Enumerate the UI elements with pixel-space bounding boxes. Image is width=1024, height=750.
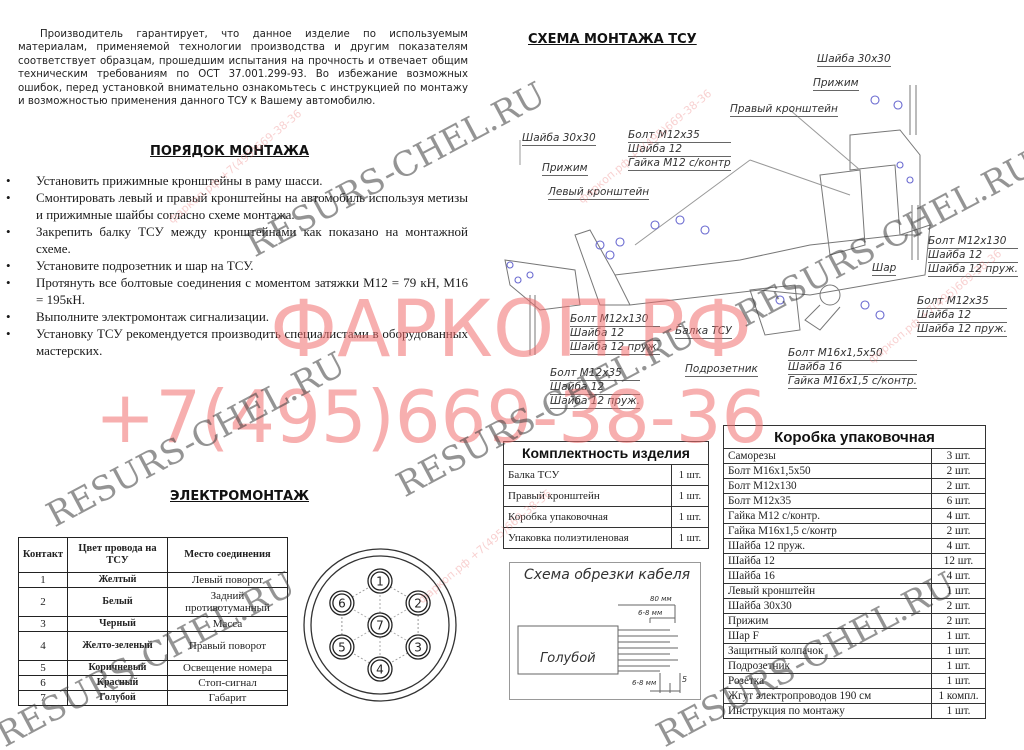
item-qty: 1 шт.	[672, 465, 709, 486]
table-row: Жгут электропроводов 190 см1 компл.	[724, 689, 986, 704]
pin-number: 5	[19, 661, 68, 676]
label-washer-30-left: Шайба 30х30	[522, 132, 596, 146]
item-name: Балка ТСУ	[504, 465, 672, 486]
pin-number: 6	[19, 676, 68, 691]
item-name: Левый кронштейн	[724, 584, 932, 599]
item-name: Гайка М12 с/контр.	[724, 509, 932, 524]
pin-number: 7	[19, 691, 68, 706]
item-qty: 4 шт.	[932, 569, 986, 584]
kit-title: Комплектность изделия	[504, 442, 709, 465]
table-row: 1ЖелтыйЛевый поворот	[19, 573, 288, 588]
item-qty: 1 шт.	[932, 659, 986, 674]
connection-place: Стоп-сигнал	[168, 676, 288, 691]
electro-heading: ЭЛЕКТРОМОНТАЖ	[170, 489, 309, 504]
pin-number: 3	[19, 617, 68, 632]
item-name: Болт М16х1,5х50	[724, 464, 932, 479]
pin-label: 4	[376, 663, 384, 677]
table-row: Болт М16х1,5х502 шт.	[724, 464, 986, 479]
wire-color: Желто-зеленый	[68, 632, 168, 661]
item-name: Шайба 30х30	[724, 599, 932, 614]
connection-place: Левый поворот	[168, 573, 288, 588]
item-qty: 12 шт.	[932, 554, 986, 569]
item-name: Болт М12х130	[724, 479, 932, 494]
item-name: Шар F	[724, 629, 932, 644]
item-name: Шайба 12 пруж.	[724, 539, 932, 554]
table-row: Подрозетник1 шт.	[724, 659, 986, 674]
label-washer-30-right: Шайба 30х30	[817, 53, 891, 67]
dim-end: 5	[682, 675, 687, 684]
connection-place: Освещение номера	[168, 661, 288, 676]
watermark-site: RESURS-CHEL.RU	[40, 344, 352, 535]
table-row: Гайка М16х1,5 с/контр2 шт.	[724, 524, 986, 539]
item-name: Прижим	[724, 614, 932, 629]
item-qty: 6 шт.	[932, 494, 986, 509]
pin-label: 7	[376, 619, 384, 633]
wire-color: Желтый	[68, 573, 168, 588]
wiring-table: Контакт Цвет провода на ТСУ Место соедин…	[18, 537, 288, 706]
pin-label: 6	[338, 597, 346, 611]
wire-color: Черный	[68, 617, 168, 632]
item-name: Упаковка полиэтиленовая	[504, 528, 672, 549]
label-group-left-2: Болт М12х35 Шайба 12 Шайба 12 пруж.	[550, 367, 640, 409]
item-qty: 1 шт.	[932, 674, 986, 689]
table-row: Защитный колпачок1 шт.	[724, 644, 986, 659]
table-row: 5КоричневыйОсвещение номера	[19, 661, 288, 676]
wire-color-label: Голубой	[540, 651, 596, 666]
dim-strip-bottom: 6-8 мм	[632, 679, 656, 687]
table-row: 3ЧерныйМасса	[19, 617, 288, 632]
item-name: Подрозетник	[724, 659, 932, 674]
item-name: Болт М12х35	[724, 494, 932, 509]
dim-strip-top: 6-8 мм	[638, 609, 662, 617]
table-row: Прижим2 шт.	[724, 614, 986, 629]
item-name: Коробка упаковочная	[504, 507, 672, 528]
item-name: Шайба 12	[724, 554, 932, 569]
install-step: Выполните электромонтаж сигнализации.	[6, 308, 468, 325]
item-qty: 1 шт.	[932, 629, 986, 644]
item-qty: 1 шт.	[672, 528, 709, 549]
table-row: Розетка1 шт.	[724, 674, 986, 689]
item-qty: 1 шт.	[932, 584, 986, 599]
warranty-paragraph: Производитель гарантирует, что данное из…	[18, 28, 468, 108]
install-step: Протянуть все болтовые соединения с моме…	[6, 274, 468, 308]
table-row: Инструкция по монтажу1 шт.	[724, 704, 986, 719]
pin-label: 3	[414, 641, 422, 655]
item-qty: 1 шт.	[672, 507, 709, 528]
table-row: Шар F1 шт.	[724, 629, 986, 644]
label-clamp-right: Прижим	[813, 77, 859, 91]
item-qty: 2 шт.	[932, 614, 986, 629]
table-row: Коробка упаковочная1 шт.	[504, 507, 709, 528]
item-name: Инструкция по монтажу	[724, 704, 932, 719]
col-header-connection: Место соединения	[168, 538, 288, 573]
table-row: Болт М12х356 шт.	[724, 494, 986, 509]
label-beam: Балка ТСУ	[675, 325, 732, 339]
connection-place: Задний противотуманный	[168, 588, 288, 617]
install-step: Смонтировать левый и правый кронштейны н…	[6, 189, 468, 223]
item-qty: 2 шт.	[932, 524, 986, 539]
table-row: 4Желто-зеленыйПравый поворот	[19, 632, 288, 661]
label-clamp-left: Прижим	[542, 162, 588, 176]
table-row: Шайба 30х302 шт.	[724, 599, 986, 614]
item-qty: 4 шт.	[932, 539, 986, 554]
item-qty: 2 шт.	[932, 479, 986, 494]
pin-number: 1	[19, 573, 68, 588]
item-qty: 1 шт.	[932, 704, 986, 719]
item-qty: 4 шт.	[932, 509, 986, 524]
item-qty: 1 шт.	[672, 486, 709, 507]
label-right-bracket: Правый кронштейн	[730, 103, 838, 117]
pin-label: 2	[414, 597, 422, 611]
label-group-top: Болт М12х35 Шайба 12 Гайка М12 с/контр	[628, 129, 731, 171]
table-row: Саморезы3 шт.	[724, 449, 986, 464]
label-group-right-2: Болт М12х35 Шайба 12 Шайба 12 пруж.	[917, 295, 1007, 337]
box-title: Коробка упаковочная	[724, 426, 986, 449]
item-name: Защитный колпачок	[724, 644, 932, 659]
install-step: Установку ТСУ рекомендуется производить …	[6, 325, 468, 359]
label-group-right-1: Болт М12х130 Шайба 12 Шайба 12 пруж.	[928, 235, 1018, 277]
item-name: Розетка	[724, 674, 932, 689]
connection-place: Масса	[168, 617, 288, 632]
table-row: Шайба 1212 шт.	[724, 554, 986, 569]
table-row: Левый кронштейн1 шт.	[724, 584, 986, 599]
label-group-left-1: Болт М12х130 Шайба 12 Шайба 12 пруж.	[570, 313, 660, 355]
dim-total: 80 мм	[650, 595, 672, 603]
wire-color: Белый	[68, 588, 168, 617]
item-qty: 2 шт.	[932, 599, 986, 614]
label-group-bottom: Болт М16х1,5х50 Шайба 16 Гайка М16х1,5 с…	[788, 347, 917, 389]
wire-color: Голубой	[68, 691, 168, 706]
install-step: Установить прижимные кронштейны в раму ш…	[6, 172, 468, 189]
col-header-pin: Контакт	[19, 538, 68, 573]
item-qty: 2 шт.	[932, 464, 986, 479]
connection-place: Правый поворот	[168, 632, 288, 661]
connection-place: Габарит	[168, 691, 288, 706]
cable-cut-diagram: Схема обрезки кабеля 80 мм 6-8 мм Голубо…	[509, 562, 701, 700]
install-order-heading: ПОРЯДОК МОНТАЖА	[150, 144, 309, 159]
pin-label: 1	[376, 575, 384, 589]
table-row: Шайба 164 шт.	[724, 569, 986, 584]
item-qty: 3 шт.	[932, 449, 986, 464]
table-header-row: Контакт Цвет провода на ТСУ Место соедин…	[19, 538, 288, 573]
cable-wires-icon	[510, 563, 700, 699]
pin-number: 2	[19, 588, 68, 617]
item-qty: 1 компл.	[932, 689, 986, 704]
install-step: Установите подрозетник и шар на ТСУ.	[6, 257, 468, 274]
table-row: Балка ТСУ1 шт.	[504, 465, 709, 486]
table-row: Болт М12х1302 шт.	[724, 479, 986, 494]
table-row: 2БелыйЗадний противотуманный	[19, 588, 288, 617]
box-contents-table: Коробка упаковочная Саморезы3 шт.Болт М1…	[723, 425, 986, 719]
col-header-wire-color: Цвет провода на ТСУ	[68, 538, 168, 573]
table-row: Шайба 12 пруж.4 шт.	[724, 539, 986, 554]
label-socket-plate: Подрозетник	[685, 363, 758, 377]
item-name: Шайба 16	[724, 569, 932, 584]
label-left-bracket: Левый кронштейн	[548, 186, 649, 200]
mounting-scheme-drawing: Шайба 30х30 Прижим Правый кронштейн Шайб…	[480, 45, 1024, 425]
install-steps-list: Установить прижимные кронштейны в раму ш…	[6, 172, 468, 359]
install-step: Закрепить балку ТСУ между кронштейнами к…	[6, 223, 468, 257]
table-row: 6КрасныйСтоп-сигнал	[19, 676, 288, 691]
wire-color: Красный	[68, 676, 168, 691]
item-name: Саморезы	[724, 449, 932, 464]
seven-pin-socket-diagram: 1234567	[300, 545, 460, 705]
item-name: Жгут электропроводов 190 см	[724, 689, 932, 704]
item-qty: 1 шт.	[932, 644, 986, 659]
pin-number: 4	[19, 632, 68, 661]
table-row: Гайка М12 с/контр.4 шт.	[724, 509, 986, 524]
table-row: 7ГолубойГабарит	[19, 691, 288, 706]
table-row: Упаковка полиэтиленовая1 шт.	[504, 528, 709, 549]
label-ball: Шар	[872, 262, 896, 276]
kit-contents-table: Комплектность изделия Балка ТСУ1 шт.Прав…	[503, 441, 709, 549]
item-name: Правый кронштейн	[504, 486, 672, 507]
wire-color: Коричневый	[68, 661, 168, 676]
item-name: Гайка М16х1,5 с/контр	[724, 524, 932, 539]
table-row: Правый кронштейн1 шт.	[504, 486, 709, 507]
pin-label: 5	[338, 641, 346, 655]
